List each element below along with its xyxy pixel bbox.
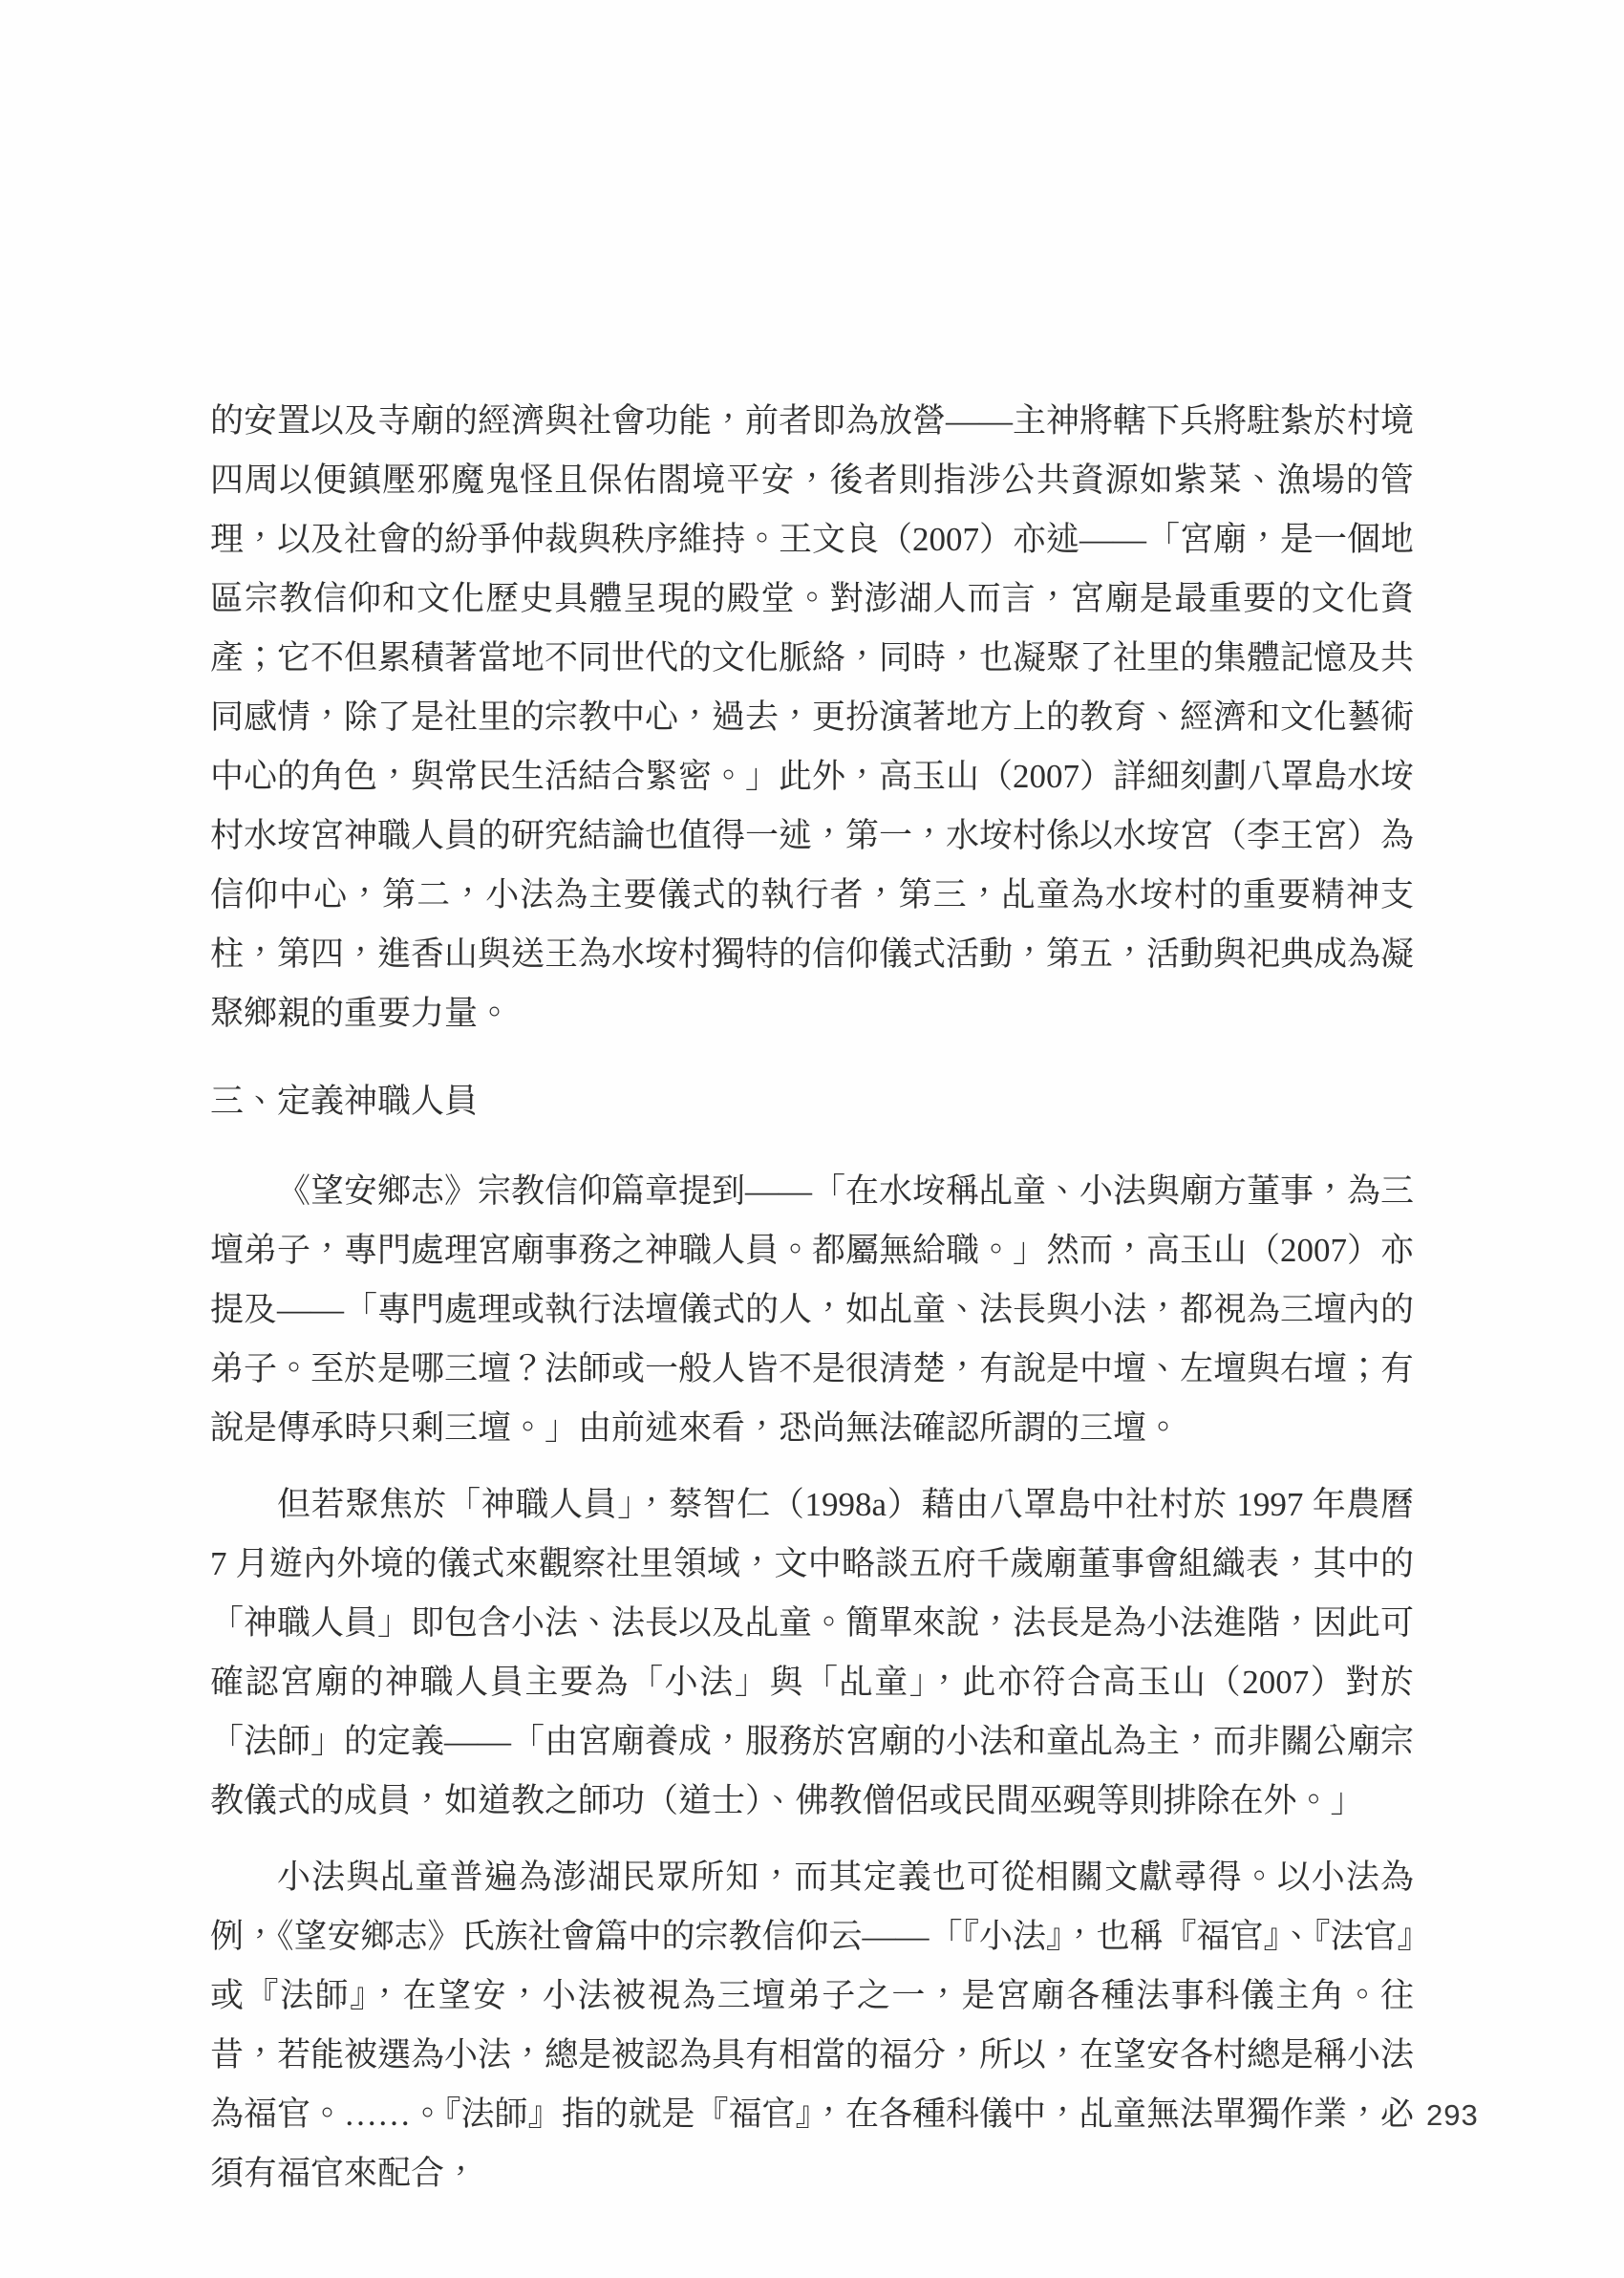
body-paragraph-2: 《望安鄉志》宗教信仰篇章提到——「在水垵稱乩童、小法與廟方董事，為三壇弟子，專門…: [210, 1162, 1414, 1458]
book-page: 的安置以及寺廟的經濟與社會功能，前者即為放營——主神將轄下兵將駐紮於村境四周以便…: [0, 0, 1624, 2278]
body-paragraph-1: 的安置以及寺廟的經濟與社會功能，前者即為放營——主神將轄下兵將駐紮於村境四周以便…: [210, 392, 1414, 1043]
body-paragraph-3: 但若聚焦於「神職人員」，蔡智仁（1998a）藉由八罩島中社村於 1997 年農曆…: [210, 1475, 1414, 1831]
text-block: 的安置以及寺廟的經濟與社會功能，前者即為放營——主神將轄下兵將駐紮於村境四周以便…: [210, 392, 1414, 2203]
page-number: 293: [1426, 2098, 1479, 2133]
section-heading: 三、定義神職人員: [210, 1072, 1414, 1131]
body-paragraph-4: 小法與乩童普遍為澎湖民眾所知，而其定義也可從相關文獻尋得。以小法為例，《望安鄉志…: [210, 1848, 1414, 2203]
